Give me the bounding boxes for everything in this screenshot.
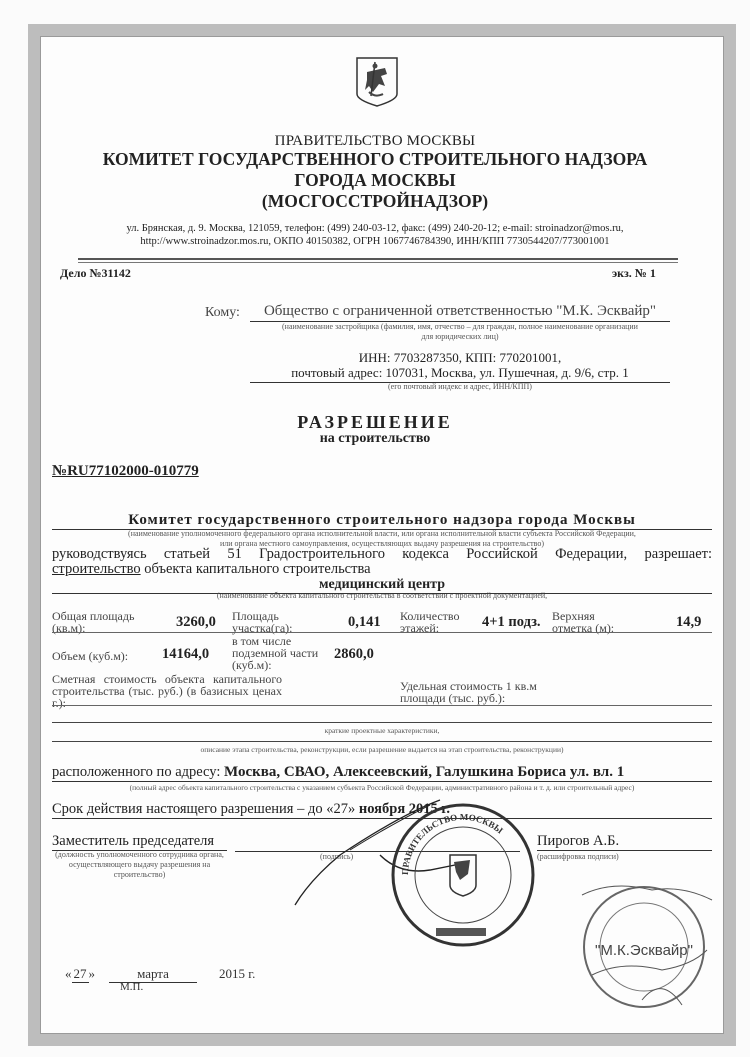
document-subtitle: на строительство: [0, 431, 750, 447]
seal-mark: М.П.: [120, 981, 143, 993]
top-mark-value: 14,9: [676, 614, 701, 631]
total-area-label: Общая площадь (кв.м):: [52, 610, 152, 634]
table-bottom-divider: [52, 705, 712, 706]
moscow-coat-of-arms-icon: [355, 56, 399, 108]
signatory-name: Пирогов А.Б.: [537, 833, 712, 851]
stage-caption: описание этапа строительства, реконструк…: [52, 745, 712, 754]
characteristics-table: Общая площадь (кв.м): 3260,0 Площадь уча…: [52, 608, 712, 708]
government-name: ПРАВИТЕЛЬСТВО МОСКВЫ: [0, 133, 750, 150]
copy-number: экз. № 1: [612, 266, 656, 281]
document-title: РАЗРЕШЕНИЕ: [0, 412, 750, 433]
table-row-divider: [52, 632, 712, 633]
floors-label: Количество этажей:: [400, 610, 472, 634]
issue-date: «27»марта2015 г.: [65, 966, 255, 983]
location-caption: (полный адрес объекта капитального строи…: [52, 783, 712, 792]
construction-type-rest: объекта капитального строительства: [141, 561, 371, 577]
stage-line: [52, 741, 712, 742]
plot-area-value: 0,141: [348, 614, 381, 631]
location-prefix: расположенного по адресу:: [52, 764, 224, 780]
floors-value: 4+1 подз.: [482, 614, 541, 631]
committee-line-1: КОМИТЕТ ГОСУДАРСТВЕННОГО СТРОИТЕЛЬНОГО Н…: [0, 149, 750, 170]
header-divider-thin: [78, 262, 678, 263]
contacts-line-1: ул. Брянская, д. 9. Москва, 121059, теле…: [0, 222, 750, 235]
object-caption: (наименование объекта капитального строи…: [52, 591, 712, 601]
volume-label: Объем (куб.м):: [52, 650, 162, 662]
committee-contacts: ул. Брянская, д. 9. Москва, 121059, теле…: [0, 222, 750, 248]
committee-line-2: ГОРОДА МОСКВЫ: [0, 170, 750, 191]
company-stamp-text: "М.К.Эсквайр": [595, 942, 693, 959]
construction-type: строительство объекта капитального строи…: [52, 561, 371, 578]
issuer-caption-line-1: (наименование уполномоченного федерально…: [52, 529, 712, 539]
recipient-inn-kpp: ИНН: 7703287350, КПП: 770201001,: [250, 350, 670, 366]
estimated-cost-label: Сметная стоимость объекта капитального с…: [52, 673, 282, 709]
location-address: Москва, СВАО, Алексеевский, Галушкина Бо…: [224, 764, 624, 780]
object-location: расположенного по адресу: Москва, СВАО, …: [52, 764, 712, 782]
permit-number: №RU77102000-010779: [52, 463, 199, 480]
recipient-caption-line-1: (наименование застройщика (фамилия, имя,…: [250, 322, 670, 332]
signatory-name-caption: (расшифровка подписи): [537, 852, 619, 862]
construction-type-value: строительство: [52, 561, 141, 577]
issue-year: 2015 г.: [219, 966, 255, 981]
postal-caption: (его почтовый индекс и адрес, ИНН/КПП): [250, 382, 670, 392]
issue-day: 27: [72, 966, 89, 983]
top-mark-label: Верхняя отметка (м):: [552, 610, 632, 634]
volume-value: 14164,0: [162, 646, 209, 663]
total-area-value: 3260,0: [176, 614, 216, 631]
recipient-caption-line-2: для юридических лиц): [250, 332, 670, 342]
header-divider: [78, 258, 678, 260]
plot-area-label: Площадь участка(га):: [232, 610, 312, 634]
position-caption: (должность уполномоченного сотрудника ор…: [52, 850, 227, 880]
signatory-position: Заместитель председателя: [52, 833, 227, 851]
unit-cost-label: Удельная стоимость 1 кв.м площади (тыс. …: [400, 680, 550, 704]
company-stamp-icon: "М.К.Эсквайр": [572, 875, 722, 1025]
issuing-authority: Комитет государственного строительного н…: [52, 512, 712, 530]
case-number: Дело №31142: [60, 266, 131, 281]
brief-characteristics-line: [52, 722, 712, 723]
contacts-line-2: http://www.stroinadzor.mos.ru, ОКПО 4015…: [0, 235, 750, 248]
recipient-caption: (наименование застройщика (фамилия, имя,…: [250, 322, 670, 342]
underground-volume-label: в том числе подземной части (куб.м):: [232, 635, 332, 671]
underground-volume-value: 2860,0: [334, 646, 374, 663]
committee-name: КОМИТЕТ ГОСУДАРСТВЕННОГО СТРОИТЕЛЬНОГО Н…: [0, 149, 750, 212]
brief-characteristics-caption: краткие проектные характеристики,: [52, 726, 712, 735]
official-stamp-icon: ПРАВИТЕЛЬСТВО МОСКВЫ: [388, 800, 538, 950]
committee-line-3: (МОСГОССТРОЙНАДЗОР): [0, 191, 750, 212]
recipient-name: Общество с ограниченной ответственностью…: [250, 303, 670, 322]
recipient-postal-address: почтовый адрес: 107031, Москва, ул. Пуше…: [250, 365, 670, 383]
recipient-label: Кому:: [205, 305, 240, 321]
